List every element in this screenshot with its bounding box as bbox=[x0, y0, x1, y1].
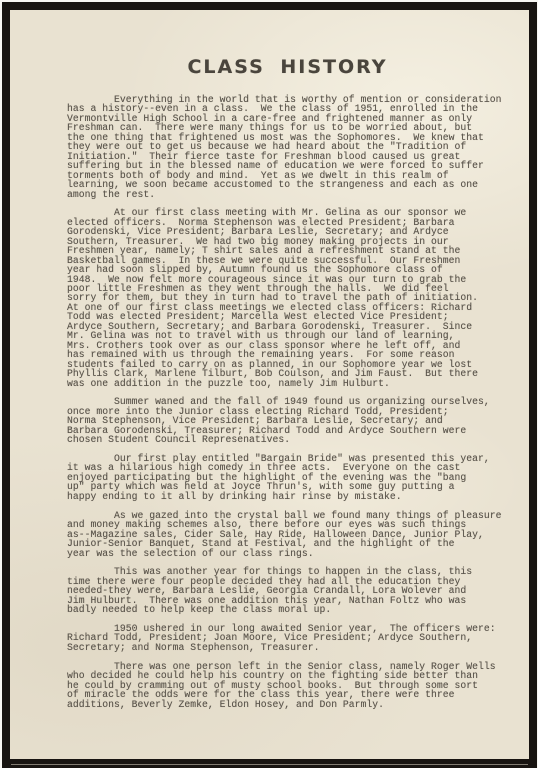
page-title: CLASS HISTORY bbox=[28, 56, 538, 78]
page-border: CLASS HISTORY Everything in the world th… bbox=[2, 2, 537, 768]
paragraph-roger-wells: There was one person left in the Senior … bbox=[67, 662, 497, 709]
paragraph-departures: This was another year for things to happ… bbox=[67, 567, 497, 614]
paragraph-crystal-ball: As we gazed into the crystal ball we fou… bbox=[67, 511, 497, 558]
paper: CLASS HISTORY Everything in the world th… bbox=[10, 10, 529, 759]
paragraph-first-officers: At our first class meeting with Mr. Geli… bbox=[67, 208, 497, 388]
history-text: Everything in the world that is worthy o… bbox=[67, 95, 497, 709]
paragraph-freshman-year: Everything in the world that is worthy o… bbox=[67, 95, 497, 199]
border-inner-line bbox=[11, 764, 528, 765]
paragraph-first-play: Our first play entitled "Bargain Bride" … bbox=[67, 454, 497, 501]
paragraph-senior-year: 1950 ushered in our long awaited Senior … bbox=[67, 624, 497, 652]
paragraph-junior-class: Summer waned and the fall of 1949 found … bbox=[67, 397, 497, 444]
scanned-page: CLASS HISTORY Everything in the world th… bbox=[0, 0, 538, 768]
